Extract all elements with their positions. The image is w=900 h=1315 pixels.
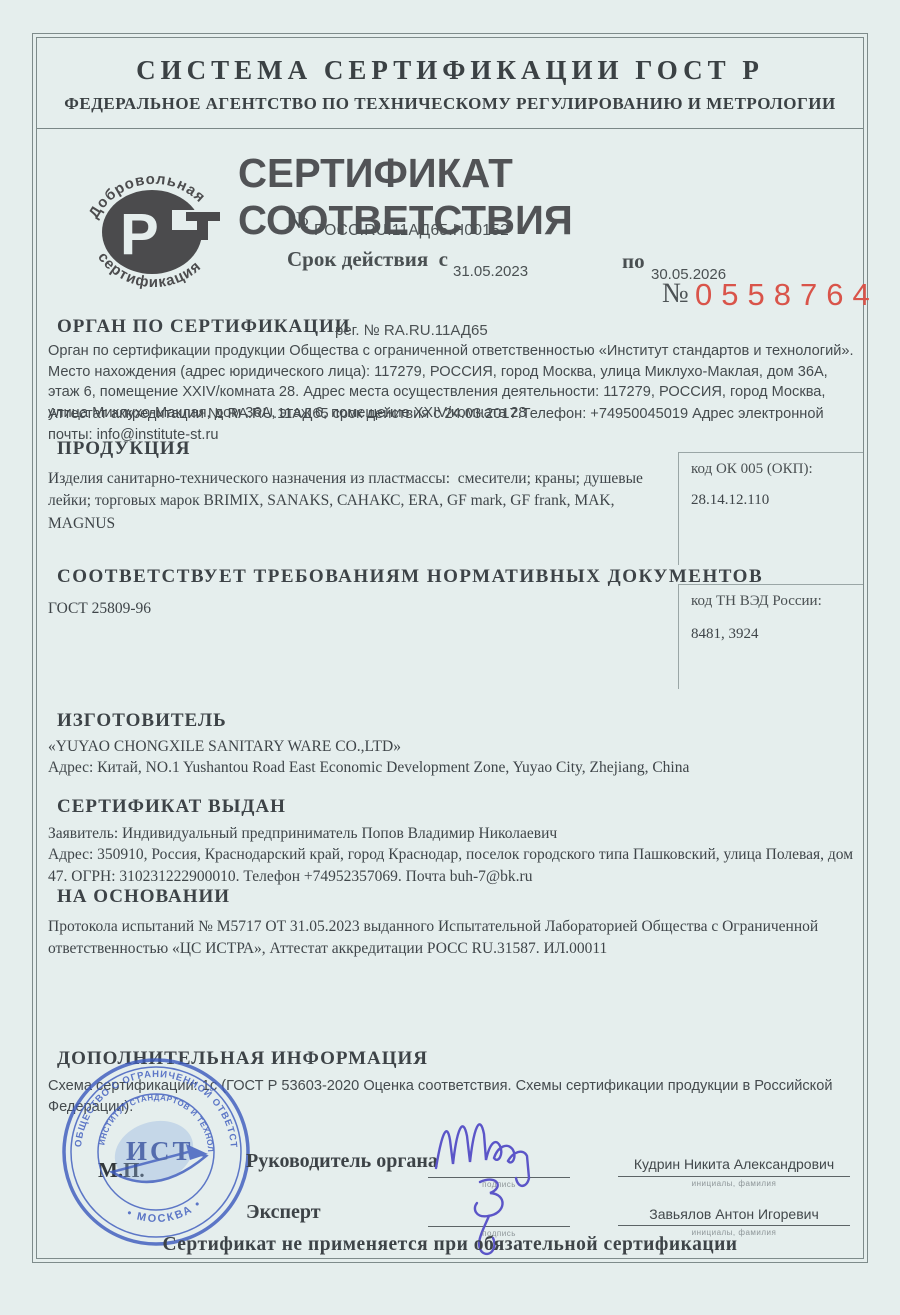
rst-logo-icon: Добровольная сертификация Р <box>68 146 238 316</box>
organization-stamp-icon: ОБЩЕСТВО С ОГРАНИЧЕННОЙ ОТВЕТСТВЕННОСТЬЮ… <box>60 1056 252 1248</box>
org-heading: ОРГАН ПО СЕРТИФИКАЦИИ <box>57 316 351 338</box>
stamp-center-text: ИСТ <box>126 1136 194 1166</box>
manufacturer-name: «YUYAO CHONGXILE SANITARY WARE CO.,LTD» <box>48 736 860 758</box>
header-divider <box>37 128 863 129</box>
head-of-body-role: Руководитель органа <box>246 1150 438 1173</box>
expert-role: Эксперт <box>246 1201 321 1224</box>
product-heading: ПРОДУКЦИЯ <box>57 438 190 460</box>
stamp-bottom-text: • МОСКВА • <box>125 1197 204 1225</box>
head-name-caption: инициалы, фамилия <box>618 1179 850 1188</box>
applicant-line: Заявитель: Индивидуальный предпринимател… <box>48 823 860 845</box>
manufacturer-heading: ИЗГОТОВИТЕЛЬ <box>57 710 227 732</box>
header-line2: ФЕДЕРАЛЬНОЕ АГЕНТСТВО ПО ТЕХНИЧЕСКОМУ РЕ… <box>40 94 860 114</box>
cert-number-label: № <box>286 208 309 235</box>
okp-code-value: 28.14.12.110 <box>691 492 863 509</box>
header-line1: СИСТЕМА СЕРТИФИКАЦИИ ГОСТ Р <box>40 55 860 86</box>
blank-number-sign: № <box>662 278 689 310</box>
tnved-code-value: 8481, 3924 <box>691 626 863 643</box>
okp-code-box: код ОК 005 (ОКП): 28.14.12.110 <box>678 452 863 565</box>
applicant-address: Адрес: 350910, Россия, Краснодарский кра… <box>48 844 864 889</box>
blank-number-value: 0558764 <box>695 277 879 313</box>
product-text: Изделия санитарно-технического назначени… <box>48 468 668 535</box>
logo-letter-r: Р <box>120 202 159 267</box>
logo-t-stem <box>197 212 208 240</box>
expert-name-line <box>618 1206 850 1226</box>
compliance-heading: СООТВЕТСТВУЕТ ТРЕБОВАНИЯМ НОРМАТИВНЫХ ДО… <box>57 566 763 588</box>
tnved-code-box: код ТН ВЭД России: 8481, 3924 <box>678 584 863 689</box>
head-name-line <box>618 1156 850 1177</box>
validity-from-date: 31.05.2023 <box>453 263 528 280</box>
footer-note: Сертификат не применяется при обязательн… <box>40 1234 860 1256</box>
cert-number-value: РОСС.RU.11АД65.Н00152 <box>314 222 509 240</box>
manufacturer-address: Адрес: Китай, NO.1 Yushantou Road East E… <box>48 757 860 779</box>
svg-text:• МОСКВА •: • МОСКВА • <box>125 1197 204 1225</box>
validity-label: Срок действия с <box>287 247 448 272</box>
validity-to-label: по <box>622 249 645 274</box>
basis-text: Протокола испытаний № М5717 ОТ 31.05.202… <box>48 916 848 961</box>
issued-to-heading: СЕРТИФИКАТ ВЫДАН <box>57 796 286 818</box>
tnved-code-label: код ТН ВЭД России: <box>691 593 863 610</box>
certificate-page: СИСТЕМА СЕРТИФИКАЦИИ ГОСТ Р ФЕДЕРАЛЬНОЕ … <box>0 0 900 1315</box>
org-reg-number: рег. № RA.RU.11АД65 <box>335 322 488 339</box>
compliance-standard: ГОСТ 25809-96 <box>48 598 151 620</box>
basis-heading: НА ОСНОВАНИИ <box>57 886 230 908</box>
okp-code-label: код ОК 005 (ОКП): <box>691 461 863 478</box>
